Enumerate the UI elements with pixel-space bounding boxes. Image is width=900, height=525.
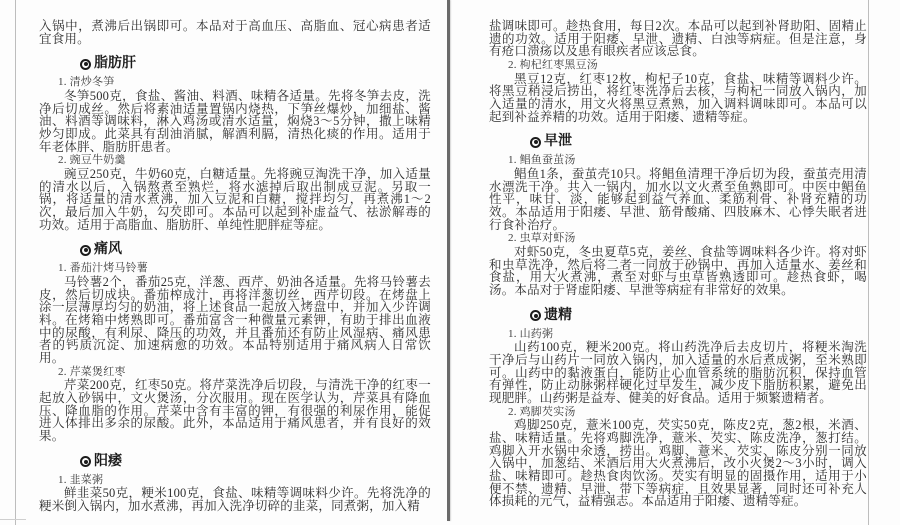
- recipe-subheading: 2. 虫草对虾汤: [508, 232, 867, 245]
- recipe-paragraph: 冬笋500克，食盐、酱油、料酒、味精各适量。先将冬笋去皮，洗净后切成丝。然后将素…: [39, 90, 431, 154]
- recipe-subheading: 1. 番茄汁烤马铃薯: [58, 262, 431, 275]
- recipe-subheading: 2. 鸡脚芡实汤: [508, 406, 867, 419]
- recipe-subheading: 2. 枸杞红枣黑豆汤: [508, 59, 867, 72]
- section-bullseye-icon: [530, 310, 541, 321]
- recipe-paragraph: 鲳鱼1条，蚕茧壳10只。将鲳鱼清理干净后切为段，蚕茧壳用清水漂洗干净。共入一锅内…: [489, 168, 867, 232]
- recipe-subheading: 2. 豌豆牛奶羹: [58, 154, 431, 167]
- continuation-paragraph: 盐调味即可。趁热食用，每日2次。本品可以起到补肾助阳、固精止遗的功效。适用于阳痿…: [489, 20, 867, 58]
- section-heading: 阳痿: [80, 454, 431, 470]
- recipe-subheading: 1. 清炒冬笋: [58, 76, 431, 89]
- page-edge-right: [868, 0, 869, 525]
- recipe-paragraph: 黑豆12克，红枣12枚，枸杞子10克，食盐、味精等调料少许。将黑豆稍浸后捞出，将…: [489, 73, 867, 124]
- book-spread: 入锅中，煮沸后出锅即可。本品对于高血压、高脂血、冠心病患者适宜食用。脂肪肝1. …: [0, 0, 900, 525]
- recipe-paragraph: 马铃薯2个，番茄25克，洋葱、西芹、奶油各适量。先将马铃薯去皮，然后切成块。番茄…: [39, 276, 431, 365]
- continuation-paragraph: 入锅中，煮沸后出锅即可。本品对于高血压、高脂血、冠心病患者适宜食用。: [39, 20, 431, 45]
- page-corner-edge: [0, 519, 26, 520]
- section-heading-text: 遗精: [544, 308, 572, 324]
- recipe-subheading: 1. 韭菜粥: [58, 474, 431, 487]
- recipe-subheading: 1. 鲳鱼蚕茧汤: [508, 154, 867, 167]
- section-heading: 脂肪肝: [80, 56, 431, 72]
- recipe-paragraph: 鸡脚250克，薏米100克，芡实50克，陈皮2克，葱2根，米酒、盐、味精适量。先…: [489, 419, 867, 508]
- page-left: 入锅中，煮沸后出锅即可。本品对于高血压、高脂血、冠心病患者适宜食用。脂肪肝1. …: [39, 20, 431, 513]
- recipe-paragraph: 豌豆250克，牛奶60克，白糖适量。先将豌豆淘洗干净，加入适量的清水以后，入锅熬…: [39, 168, 431, 232]
- section-bullseye-icon: [80, 456, 91, 467]
- section-heading-text: 脂肪肝: [94, 56, 136, 72]
- recipe-subheading: 1. 山药粥: [508, 328, 867, 341]
- section-heading: 早泄: [530, 134, 867, 150]
- book-spine-divider: [447, 0, 450, 521]
- recipe-paragraph: 对虾50克，冬虫夏草5克，姜丝、食盐等调味料各少许。将对虾和虫草洗净，然后将二者…: [489, 246, 867, 297]
- section-bullseye-icon: [530, 137, 541, 148]
- recipe-paragraph: 芹菜200克，红枣50克。将芹菜洗净后切段，与清洗干净的红枣一起放入砂锅中，文火…: [39, 379, 431, 443]
- recipe-paragraph: 山药100克，粳米200克。将山药洗净后去皮切片，将粳米淘洗干净后与山药片一同放…: [489, 341, 867, 405]
- section-bullseye-icon: [80, 245, 91, 256]
- page-right: 盐调味即可。趁热食用，每日2次。本品可以起到补肾助阳、固精止遗的功效。适用于阳痿…: [489, 20, 867, 508]
- recipe-subheading: 2. 芹菜煲红枣: [58, 366, 431, 379]
- section-heading: 遗精: [530, 308, 867, 324]
- section-heading-text: 痛风: [94, 242, 122, 258]
- section-bullseye-icon: [80, 59, 91, 70]
- section-heading-text: 阳痿: [94, 454, 122, 470]
- section-heading-text: 早泄: [544, 134, 572, 150]
- section-heading: 痛风: [80, 242, 431, 258]
- recipe-paragraph: 鲜韭菜50克，粳米100克，食盐、味精等调味料少许。先将洗净的粳米倒入锅内，加水…: [39, 487, 431, 512]
- page-edge-left: [15, 0, 16, 525]
